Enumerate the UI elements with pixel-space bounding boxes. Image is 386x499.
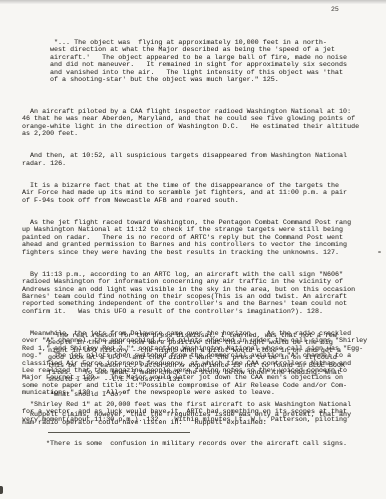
body-text-block: An aircraft piloted by a CAA flight insp… <box>22 94 367 442</box>
blockquote-object-sighting: "... The object was flying at approximat… <box>50 40 347 84</box>
document-page: 25 "... The object was flying at approxi… <box>0 0 386 499</box>
paragraph: An aircraft piloted by a CAA flight insp… <box>22 109 367 139</box>
scan-speck <box>378 251 381 253</box>
paragraph: And then, at 10:52, all suspicious targe… <box>22 153 367 168</box>
paragraph: By 11:13 p.m., according to an ARTC log,… <box>22 272 367 316</box>
scan-top-edge-shadow <box>0 0 386 4</box>
page-number: 25 <box>331 6 339 13</box>
footnote-separator-rule <box>48 432 190 433</box>
scan-edge-mark <box>0 486 3 494</box>
paragraph: As the jet flight raced toward Washingto… <box>22 220 367 257</box>
footnote-text: *There is some confusion in military rec… <box>46 441 347 448</box>
paragraph: It is a bizarre fact that at the time of… <box>22 183 367 205</box>
line-what-should-i-do: "What should I do?" <box>50 392 126 399</box>
paragraph-shirley-red: "Shirley Red 1" at 20,000 feet was the f… <box>22 402 351 424</box>
blockquote-ruppelt-explanation: "The real reason for the press dismissal… <box>48 333 345 385</box>
